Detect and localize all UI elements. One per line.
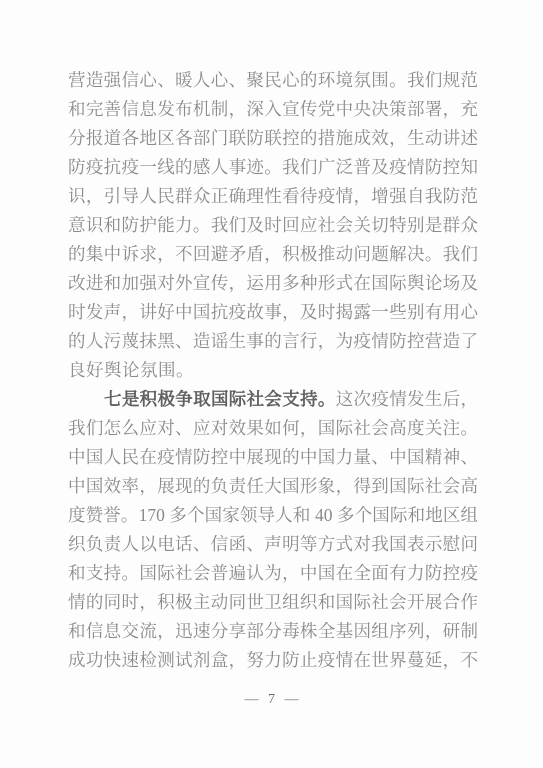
text-line: 和完善信息发布机制，深入宣传党中央决策部署，充 (68, 95, 478, 124)
line-text: 分报道各地区各部门联防联控的措施成效，生动讲述 (68, 128, 478, 148)
line-text: 成功快速检测试剂盒，努力防止疫情在世界蔓延，不 (68, 650, 478, 670)
text-line: 分报道各地区各部门联防联控的措施成效，生动讲述 (68, 124, 478, 153)
line-text: 改进和加强对外宣传，运用多种形式在国际舆论场及 (68, 273, 478, 293)
text-line: 营造强信心、暖人心、聚民心的环境氛围。我们规范 (68, 66, 478, 95)
line-text: 中国效率，展现的负责任大国形象，得到国际社会高 (68, 476, 478, 496)
text-line: 织负责人以电话、信函、声明等方式对我国表示慰问 (68, 530, 478, 559)
text-line: 的集中诉求，不回避矛盾，积极推动问题解决。我们 (68, 240, 478, 269)
line-text: 意识和防护能力。我们及时回应社会关切特别是群众 (68, 215, 478, 235)
line-text: 营造强信心、暖人心、聚民心的环境氛围。我们规范 (68, 70, 478, 90)
text-line: 七是积极争取国际社会支持。这次疫情发生后， (68, 385, 478, 414)
line-text: 和支持。国际社会普遍认为，中国在全面有力防控疫 (68, 563, 478, 583)
line-text: 织负责人以电话、信函、声明等方式对我国表示慰问 (68, 534, 478, 554)
line-text: 这次疫情发生后， (336, 389, 478, 409)
text-line: 成功快速检测试剂盒，努力防止疫情在世界蔓延，不 (68, 646, 478, 675)
line-text: 识，引导人民群众正确理性看待疫情，增强自我防范 (68, 186, 478, 206)
text-line: 中国人民在疫情防控中展现的中国力量、中国精神、 (68, 443, 478, 472)
line-text: 情的同时，积极主动同世卫组织和国际社会开展合作 (68, 592, 478, 612)
page-number: — 7 — (68, 692, 478, 708)
line-text: 和完善信息发布机制，深入宣传党中央决策部署，充 (68, 99, 478, 119)
text-line: 识，引导人民群众正确理性看待疫情，增强自我防范 (68, 182, 478, 211)
paragraph-heading: 七是积极争取国际社会支持。 (104, 389, 336, 409)
text-line: 和信息交流，迅速分享部分毒株全基因组序列，研制 (68, 617, 478, 646)
line-text: 和信息交流，迅速分享部分毒株全基因组序列，研制 (68, 621, 478, 641)
line-text: 良好舆论氛围。 (68, 360, 194, 380)
line-text: 中国人民在疫情防控中展现的中国力量、中国精神、 (68, 447, 478, 467)
line-text: 防疫抗疫一线的感人事迹。我们广泛普及疫情防控知 (68, 157, 478, 177)
text-line: 的人污蔑抹黑、造谣生事的言行，为疫情防控营造了 (68, 327, 478, 356)
line-text: 度赞誉。170 多个国家领导人和 40 多个国际和地区组 (68, 505, 478, 525)
text-line: 中国效率，展现的负责任大国形象，得到国际社会高 (68, 472, 478, 501)
line-text: 的人污蔑抹黑、造谣生事的言行，为疫情防控营造了 (68, 331, 478, 351)
document-page: 营造强信心、暖人心、聚民心的环境氛围。我们规范和完善信息发布机制，深入宣传党中央… (0, 0, 543, 768)
line-text: 时发声，讲好中国抗疫故事，及时揭露一些别有用心 (68, 302, 478, 322)
text-line: 防疫抗疫一线的感人事迹。我们广泛普及疫情防控知 (68, 153, 478, 182)
line-text: 的集中诉求，不回避矛盾，积极推动问题解决。我们 (68, 244, 478, 264)
text-line: 时发声，讲好中国抗疫故事，及时揭露一些别有用心 (68, 298, 478, 327)
text-line: 和支持。国际社会普遍认为，中国在全面有力防控疫 (68, 559, 478, 588)
text-line: 良好舆论氛围。 (68, 356, 478, 385)
text-line: 改进和加强对外宣传，运用多种形式在国际舆论场及 (68, 269, 478, 298)
text-line: 意识和防护能力。我们及时回应社会关切特别是群众 (68, 211, 478, 240)
text-line: 情的同时，积极主动同世卫组织和国际社会开展合作 (68, 588, 478, 617)
text-line: 度赞誉。170 多个国家领导人和 40 多个国际和地区组 (68, 501, 478, 530)
line-text: 我们怎么应对、应对效果如何，国际社会高度关注。 (68, 418, 478, 438)
document-body: 营造强信心、暖人心、聚民心的环境氛围。我们规范和完善信息发布机制，深入宣传党中央… (68, 66, 478, 675)
text-line: 我们怎么应对、应对效果如何，国际社会高度关注。 (68, 414, 478, 443)
